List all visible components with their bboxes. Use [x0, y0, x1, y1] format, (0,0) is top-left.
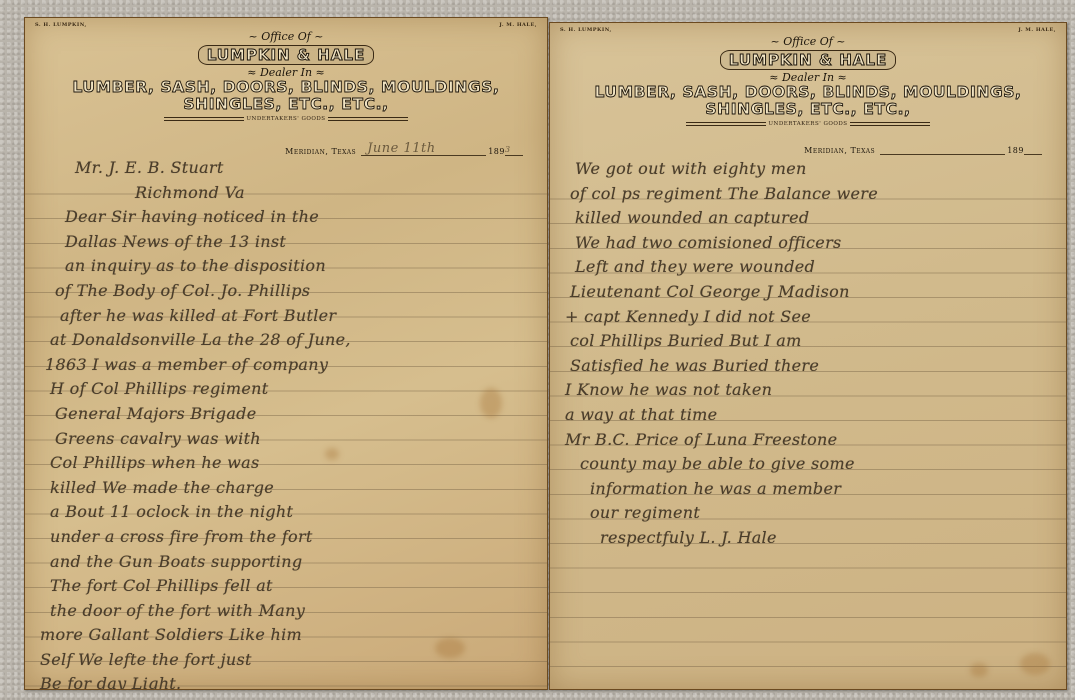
- handwritten-line: Lieutenant Col George J Madison: [550, 280, 1066, 305]
- handwritten-line: killed wounded an captured: [550, 206, 1066, 231]
- partner-name-right: J. M. HALE,: [1018, 27, 1056, 33]
- handwritten-line: General Majors Brigade: [25, 402, 547, 427]
- handwritten-line: Greens cavalry was with: [25, 427, 547, 452]
- goods-line-2: SHINGLES, ETC., ETC.,: [25, 96, 547, 113]
- handwritten-line: Mr B.C. Price of Luna Freestone: [550, 428, 1066, 453]
- handwritten-line: Be for day Light.: [25, 672, 547, 690]
- partner-name-right: J. M. HALE,: [499, 22, 537, 28]
- city-label: Meridian, Texas: [285, 147, 356, 156]
- handwritten-line: of The Body of Col. Jo. Phillips: [25, 279, 547, 304]
- dateline: Meridian, Texas June 11th1893: [285, 145, 523, 156]
- partner-name-left: S. H. LUMPKIN,: [560, 27, 612, 33]
- handwritten-line: Dallas News of the 13 inst: [25, 230, 547, 255]
- handwritten-line: our regiment: [550, 501, 1066, 526]
- handwritten-date: June 11th: [367, 141, 435, 156]
- year-blank: 3: [505, 145, 523, 156]
- handwritten-line: We got out with eighty men: [550, 157, 1066, 182]
- goods-line-2: SHINGLES, ETC., ETC.,: [550, 101, 1066, 118]
- date-blank: June 11th: [361, 145, 486, 156]
- handwritten-line: killed We made the charge: [25, 476, 547, 501]
- letter-page-left: S. H. LUMPKIN, J. M. HALE, ~ Office Of ~…: [24, 17, 548, 690]
- handwritten-line: Dear Sir having noticed in the: [25, 205, 547, 230]
- office-of-label: ~ Office Of ~: [25, 30, 547, 43]
- undertakers-goods: UNDERTAKERS' GOODS: [25, 116, 547, 122]
- handwritten-line: at Donaldsonville La the 28 of June,: [25, 328, 547, 353]
- handwritten-line: Mr. J. E. B. Stuart: [25, 156, 547, 181]
- handwritten-line: We had two comisioned officers: [550, 231, 1066, 256]
- handwritten-line: col Phillips Buried But I am: [550, 329, 1066, 354]
- handwritten-line: Richmond Va: [25, 181, 547, 206]
- office-of-label: ~ Office Of ~: [550, 35, 1066, 48]
- handwritten-line: under a cross fire from the fort: [25, 525, 547, 550]
- firm-name: LUMPKIN & HALE: [720, 50, 896, 70]
- handwritten-line: the door of the fort with Many: [25, 599, 547, 624]
- handwritten-line: + capt Kennedy I did not See: [550, 305, 1066, 330]
- water-stain: [1020, 653, 1050, 675]
- handwritten-line: Col Phillips when he was: [25, 451, 547, 476]
- letter-page-right: S. H. LUMPKIN, J. M. HALE, ~ Office Of ~…: [549, 22, 1067, 690]
- handwritten-line: Self We lefte the fort just: [25, 648, 547, 673]
- letterhead: ~ Office Of ~ LUMPKIN & HALE ≈ Dealer In…: [550, 35, 1066, 127]
- handwritten-line: 1863 I was a member of company: [25, 353, 547, 378]
- handwritten-line: county may be able to give some: [550, 452, 1066, 477]
- handwritten-line: The fort Col Phillips fell at: [25, 574, 547, 599]
- handwritten-line: information he was a member: [550, 477, 1066, 502]
- year-blank: [1024, 144, 1042, 155]
- handwritten-line: I Know he was not taken: [550, 378, 1066, 403]
- handwritten-line: Satisfied he was Buried there: [550, 354, 1066, 379]
- handwritten-line: of col ps regiment The Balance were: [550, 182, 1066, 207]
- city-label: Meridian, Texas: [804, 146, 875, 155]
- letterhead: ~ Office Of ~ LUMPKIN & HALE ≈ Dealer In…: [25, 30, 547, 122]
- handwritten-line: after he was killed at Fort Butler: [25, 304, 547, 329]
- goods-line-1: LUMBER, SASH, DOORS, BLINDS, MOULDINGS,: [25, 79, 547, 96]
- handwritten-line: more Gallant Soldiers Like him: [25, 623, 547, 648]
- handwritten-line: a Bout 11 oclock in the night: [25, 500, 547, 525]
- handwritten-line: Left and they were wounded: [550, 255, 1066, 280]
- date-blank: [880, 144, 1005, 155]
- handwritten-line: and the Gun Boats supporting: [25, 550, 547, 575]
- handwritten-body-right: We got out with eighty men of col ps reg…: [550, 157, 1066, 551]
- year-prefix: 189: [488, 147, 505, 156]
- handwritten-line: a way at that time: [550, 403, 1066, 428]
- handwritten-body-left: Mr. J. E. B. Stuart Richmond Va Dear Sir…: [25, 156, 547, 690]
- signature-line: respectfuly L. J. Hale: [550, 526, 1066, 551]
- dateline: Meridian, Texas 189: [804, 144, 1042, 155]
- partner-name-left: S. H. LUMPKIN,: [35, 22, 87, 28]
- year-prefix: 189: [1007, 146, 1024, 155]
- handwritten-line: an inquiry as to the disposition: [25, 254, 547, 279]
- goods-line-1: LUMBER, SASH, DOORS, BLINDS, MOULDINGS,: [550, 84, 1066, 101]
- handwritten-line: H of Col Phillips regiment: [25, 377, 547, 402]
- undertakers-goods: UNDERTAKERS' GOODS: [550, 121, 1066, 127]
- water-stain: [970, 663, 988, 677]
- firm-name: LUMPKIN & HALE: [198, 45, 374, 65]
